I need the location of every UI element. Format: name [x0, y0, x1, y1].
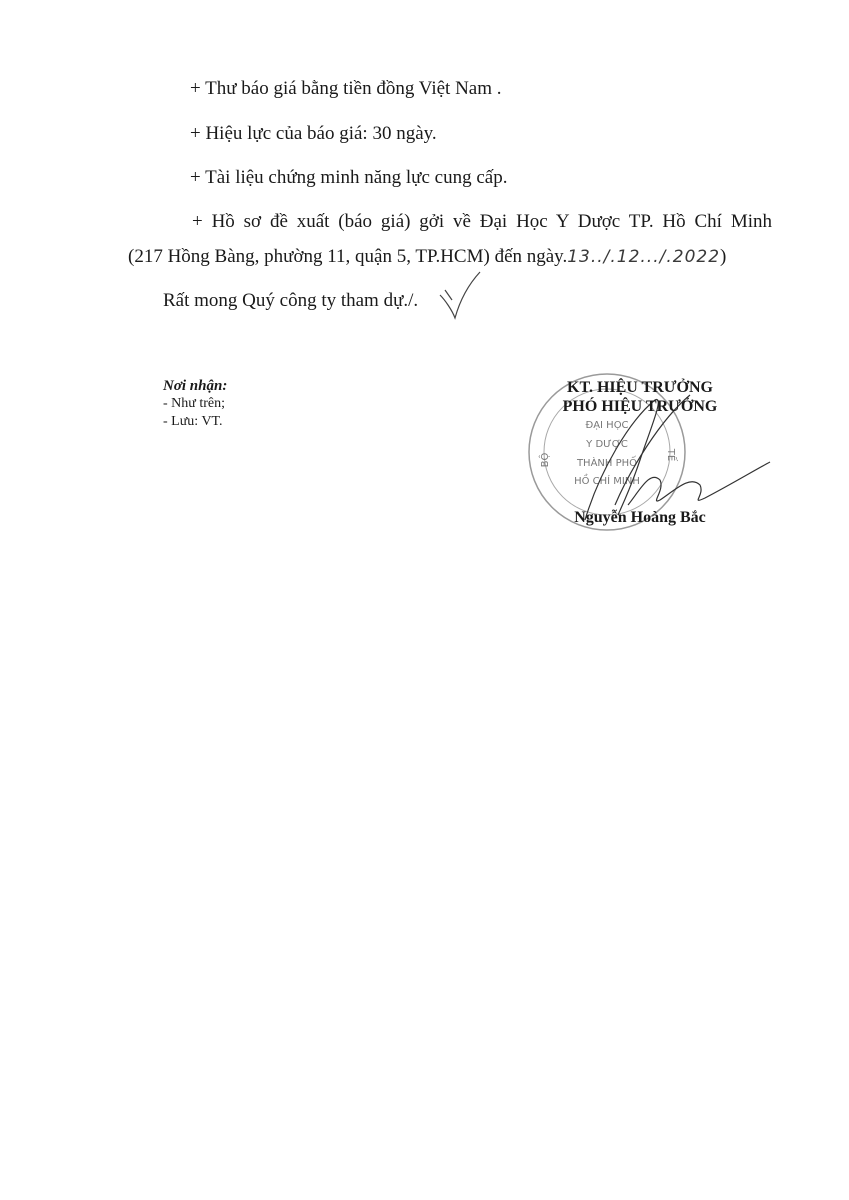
address-close: )	[720, 246, 726, 267]
svg-text:THÀNH PHỐ: THÀNH PHỐ	[576, 455, 637, 469]
svg-text:ĐẠI HỌC: ĐẠI HỌC	[585, 420, 628, 431]
signature-title-line1: KT. HIỆU TRƯỞNG	[540, 378, 740, 397]
submission-address-line: (217 Hồng Bàng, phường 11, quận 5, TP.HC…	[128, 246, 726, 268]
handwritten-deadline: 13../.12.../.2022	[567, 247, 720, 267]
closing-remark: Rất mong Quý công ty tham dự./.	[163, 290, 418, 312]
recipient-line: - Lưu: VT.	[163, 413, 227, 431]
svg-text:Y DƯỢC: Y DƯỢC	[585, 439, 628, 450]
signer-name: Nguyễn Hoàng Bắc	[540, 509, 740, 527]
svg-text:HỒ CHÍ MINH: HỒ CHÍ MINH	[574, 473, 640, 487]
signature-title-line2: PHÓ HIỆU TRƯỞNG	[540, 397, 740, 416]
recipients-block: Nơi nhận: - Như trên; - Lưu: VT.	[163, 377, 227, 431]
condition-capability-docs: + Tài liệu chứng minh năng lực cung cấp.	[190, 167, 507, 189]
svg-text:TẾ: TẾ	[665, 448, 679, 462]
condition-currency: + Thư báo giá bằng tiền đồng Việt Nam .	[190, 78, 502, 100]
handwritten-checkmark	[440, 272, 480, 318]
condition-submission: + Hồ sơ đề xuất (báo giá) gởi về Đại Học…	[192, 211, 772, 233]
address-text: (217 Hồng Bàng, phường 11, quận 5, TP.HC…	[128, 246, 567, 267]
condition-validity: + Hiệu lực của báo giá: 30 ngày.	[190, 123, 437, 145]
recipient-line: - Như trên;	[163, 395, 227, 413]
svg-text:BỘ: BỘ	[538, 453, 551, 468]
recipients-title: Nơi nhận:	[163, 377, 227, 395]
signature-title: KT. HIỆU TRƯỞNG PHÓ HIỆU TRƯỞNG	[540, 378, 740, 416]
